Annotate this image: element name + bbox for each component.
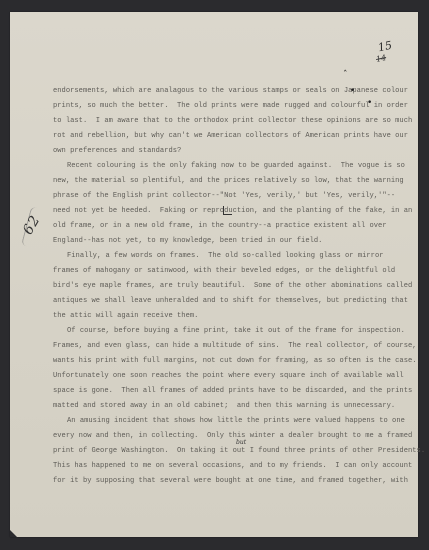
text-line: bird's eye maple frames, are truly beaut… xyxy=(53,279,393,294)
text-line: Frames, and even glass, can hide a multi… xyxy=(53,339,393,354)
insertion-caret xyxy=(223,206,232,215)
text-line: wants his print with full margins, not c… xyxy=(53,354,393,369)
text-line: rot and rebellion, but why can't we Amer… xyxy=(53,129,393,144)
text-line: print of George Washington. On taking it… xyxy=(53,444,393,459)
document-page: 15 14 62 endorsements, which are analago… xyxy=(10,12,418,537)
text-line: matted and stored away in an old cabinet… xyxy=(53,399,393,414)
text-line: for it by supposing that several were bo… xyxy=(53,474,393,489)
text-line: frames of mahogany or satinwood, with th… xyxy=(53,264,393,279)
text-line: new, the material so plentiful, and the … xyxy=(53,174,393,189)
text-line: prints, so much the better. The old prin… xyxy=(53,99,393,114)
ink-blot: • xyxy=(350,86,355,96)
text-line: Unfortunately one soon reaches the point… xyxy=(53,369,393,384)
text-line: old frame, or in a new old frame, in the… xyxy=(53,219,393,234)
text-line: antiques we shall leave unheralded and t… xyxy=(53,294,393,309)
text-line: This has happened to me on several occas… xyxy=(53,459,393,474)
text-line: Recent colouring is the only faking now … xyxy=(53,159,393,174)
text-line: space is gone. Then all frames of added … xyxy=(53,384,393,399)
struck-page-number: 14 xyxy=(375,53,387,64)
text-line: to last. I am aware that to the orthodox… xyxy=(53,114,393,129)
text-line: Of course, before buying a fine print, t… xyxy=(53,324,393,339)
text-line: England--has not yet, to my knowledge, b… xyxy=(53,234,393,249)
folded-corner xyxy=(10,530,17,537)
text-line: every now and then, in collecting. Only … xyxy=(53,429,393,444)
handwritten-insertion: but xyxy=(236,439,246,446)
text-line: endorsements, which are analagous to the… xyxy=(53,84,393,99)
text-line: An amusing incident that shows how littl… xyxy=(53,414,393,429)
text-line: the attic will again receive them. xyxy=(53,309,393,324)
text-line: Finally, a few words on frames. The old … xyxy=(53,249,393,264)
typewritten-body: endorsements, which are analagous to the… xyxy=(53,84,393,489)
text-line: phrase of the English print collector--"… xyxy=(53,189,393,204)
ink-blot: • xyxy=(367,98,372,108)
ink-mark-colour: ˆ xyxy=(343,70,348,80)
text-line: own preferences and standards? xyxy=(53,144,393,159)
